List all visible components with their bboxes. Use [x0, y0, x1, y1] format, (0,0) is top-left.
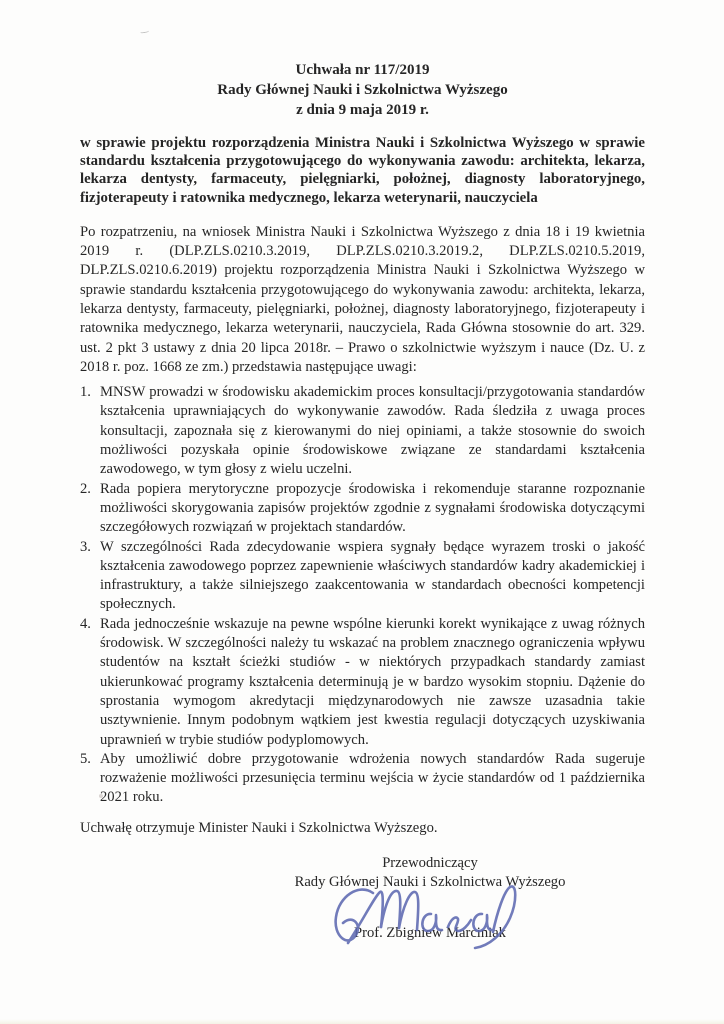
subject-paragraph: w sprawie projektu rozporządzenia Minist… [80, 134, 645, 207]
scan-edge-tint [0, 1019, 724, 1024]
resolution-number: Uchwała nr 117/2019 [80, 60, 645, 80]
list-item: 3. W szczególności Rada zdecydowanie wsp… [80, 538, 645, 615]
list-item: 1. MNSW prowadzi w środowisku akademicki… [80, 383, 645, 479]
list-item-number: 4. [80, 615, 100, 634]
distribution-line: Uchwałę otrzymuje Minister Nauki i Szkol… [80, 819, 645, 838]
list-item: 4. Rada jednocześnie wskazuje na pewne w… [80, 615, 645, 750]
resolution-date: z dnia 9 maja 2019 r. [80, 100, 645, 120]
list-item-text: Rada jednocześnie wskazuje na pewne wspó… [100, 615, 645, 750]
intro-paragraph: Po rozpatrzeniu, na wniosek Ministra Nau… [80, 223, 645, 377]
list-item-text: Aby umożliwić dobre przygotowanie wdroże… [100, 750, 645, 808]
list-item-text: MNSW prowadzi w środowisku akademickim p… [100, 383, 645, 479]
list-item-number: 2. [80, 480, 100, 499]
list-item-number: 1. [80, 383, 100, 402]
handwritten-signature-ink [327, 880, 517, 966]
document-header: Uchwała nr 117/2019 Rady Głównej Nauki i… [80, 60, 645, 120]
signer-title: Przewodniczący [255, 854, 605, 873]
list-item-text: W szczególności Rada zdecydowanie wspier… [100, 538, 645, 615]
list-item: 5. Aby umożliwić dobre przygotowanie wdr… [80, 750, 645, 808]
signature-block: Przewodniczący Rady Głównej Nauki i Szko… [255, 854, 605, 943]
list-item-number: 3. [80, 538, 100, 557]
document-content: Uchwała nr 117/2019 Rady Głównej Nauki i… [80, 0, 645, 943]
list-item: 2. Rada popiera merytoryczne propozycje … [80, 480, 645, 538]
list-item-text: Rada popiera merytoryczne propozycje śro… [100, 480, 645, 538]
list-item-number: 5. [80, 750, 100, 769]
issuing-body: Rady Głównej Nauki i Szkolnictwa Wyższeg… [80, 80, 645, 100]
signer-organization: Rady Głównej Nauki i Szkolnictwa Wyższeg… [255, 873, 605, 892]
scanned-document-page: Uchwała nr 117/2019 Rady Głównej Nauki i… [0, 0, 724, 1024]
signer-name: Prof. Zbigniew Marciniak [255, 924, 605, 943]
remarks-list: 1. MNSW prowadzi w środowisku akademicki… [80, 383, 645, 808]
